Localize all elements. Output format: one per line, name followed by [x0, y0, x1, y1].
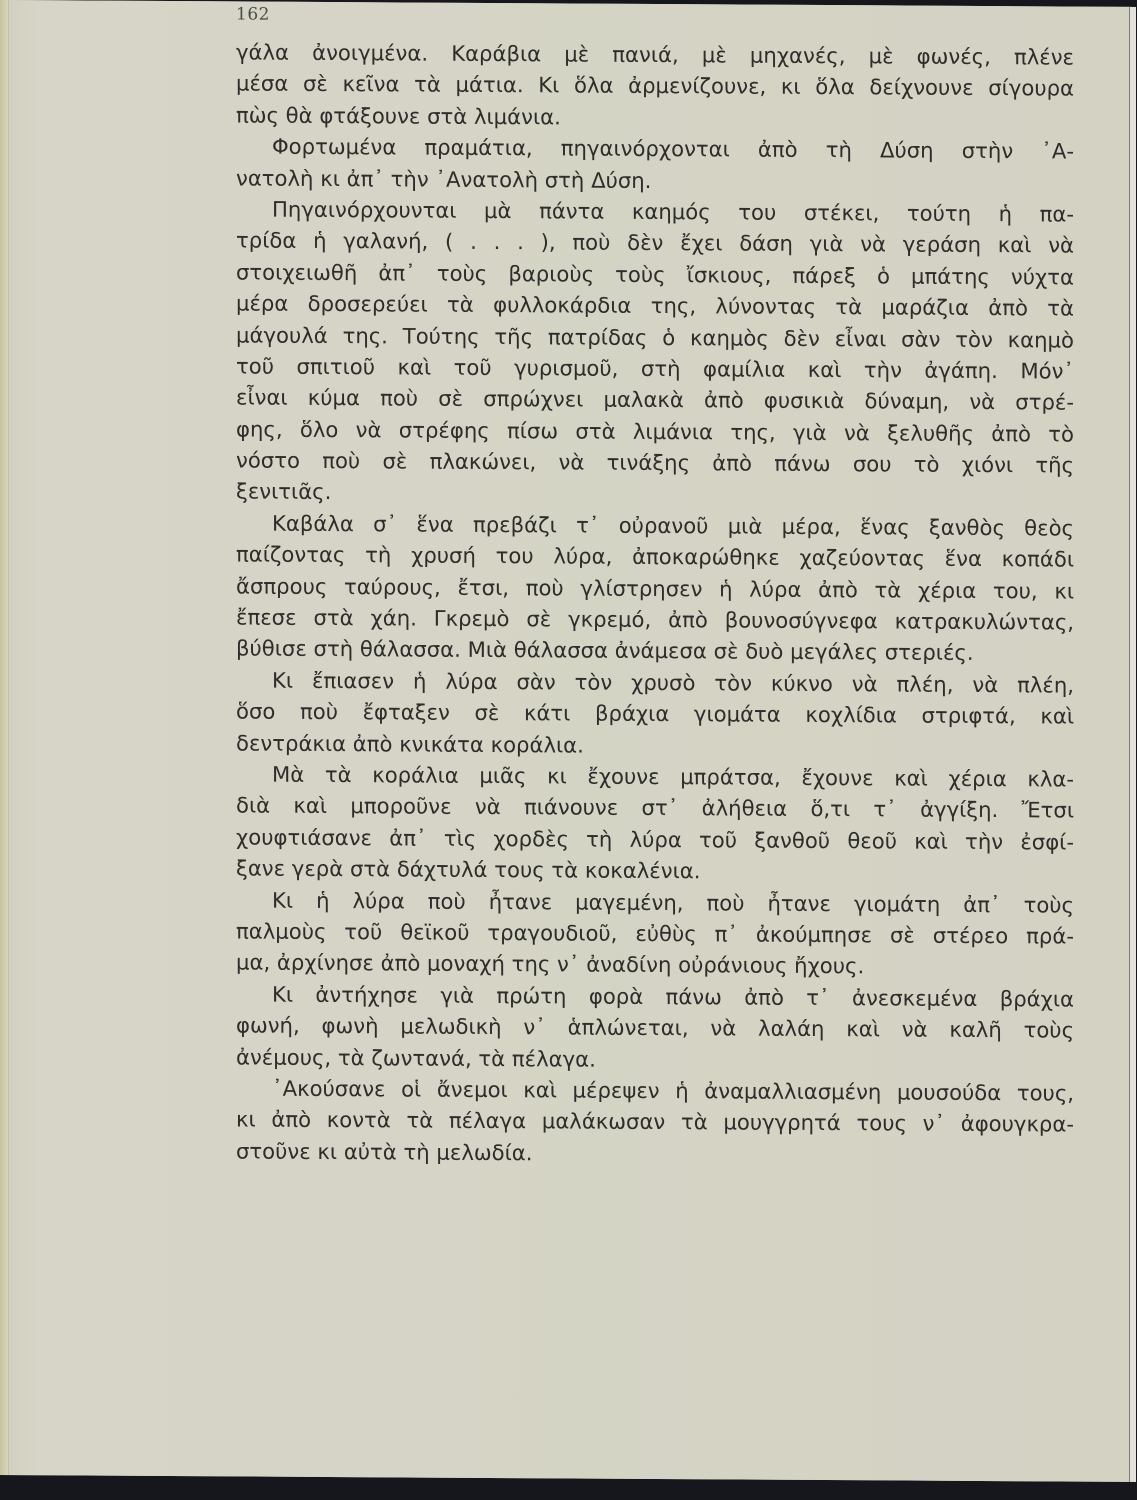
paragraph: Μὰ τὰ κοράλια μιᾶς κι ἔχουνε μπράτσα, ἔχ…	[236, 758, 1074, 889]
text-line: τοῦ σπιτιοῦ καὶ τοῦ γυρισμοῦ, στὴ φαμίλι…	[236, 350, 1074, 387]
text-line: Κι ἔπιασεν ἡ λύρα σὰν τὸν χρυσὸ τὸν κύκν…	[236, 664, 1074, 701]
text-line: Φορτωμένα πραμάτια, πηγαινόρχονται ἀπὸ τ…	[236, 131, 1074, 168]
text-line: νατολὴ κι ἀπ᾿ τὴν ᾿Ανατολὴ στὴ Δύση.	[236, 162, 1074, 199]
text-line: Πηγαινόρχουνται μὰ πάντα καημός του στέκ…	[236, 193, 1074, 230]
text-line: Κι ἀντήχησε γιὰ πρώτη φορὰ πάνω ἀπὸ τ᾿ ἀ…	[236, 978, 1074, 1015]
body-text: γάλα ἀνοιγμένα. Καράβια μὲ πανιά, μὲ μηχ…	[236, 36, 1074, 1171]
text-line: ξενιτιᾶς.	[236, 476, 1074, 513]
text-line: στοιχειωθῆ ἀπ᾿ τοὺς βαριοὺς τοὺς ἴσκιους…	[236, 256, 1074, 293]
text-line: παλμοὺς τοῦ θεϊκοῦ τραγουδιοῦ, εὐθὺς π᾿ …	[236, 915, 1074, 952]
text-line: διὰ καὶ μποροῦνε νὰ πιάνουνε στ᾿ ἀλήθεια…	[236, 790, 1074, 827]
book-page: 162 γάλα ἀνοιγμένα. Καράβια μὲ πανιά, μὲ…	[0, 0, 1130, 1482]
text-line: ἀνέμους, τὰ ζωντανά, τὰ πέλαγα.	[236, 1041, 1074, 1078]
text-line: μα, ἀρχίνησε ἀπὸ μοναχή της ν᾿ ἀναδίνη ο…	[236, 947, 1074, 984]
text-line: πὼς θὰ φτάξουνε στὰ λιμάνια.	[236, 99, 1074, 136]
text-line: παίζοντας τὴ χρυσή του λύρα, ἀποκαρώθηκε…	[236, 539, 1074, 576]
text-line: Μὰ τὰ κοράλια μιᾶς κι ἔχουνε μπράτσα, ἔχ…	[236, 758, 1074, 795]
text-line: φης, ὅλο νὰ στρέφης πίσω στὰ λιμάνια της…	[236, 413, 1074, 450]
text-line: ἄσπρους ταύρους, ἔτσι, ποὺ γλίστρησεν ἡ …	[236, 570, 1074, 607]
text-line: Κι ἡ λύρα ποὺ ἦτανε μαγεμένη, ποὺ ἦτανε …	[236, 884, 1074, 921]
text-line: ἔπεσε στὰ χάη. Γκρεμὸ σὲ γκρεμό, ἀπὸ βου…	[236, 601, 1074, 638]
paragraph: Καβάλα σ᾿ ἕνα πρεβάζι τ᾿ οὐρανοῦ μιὰ μέρ…	[236, 507, 1074, 669]
paragraph: Κι ἡ λύρα ποὺ ἦτανε μαγεμένη, ποὺ ἦτανε …	[236, 884, 1074, 983]
text-line: φωνή, φωνὴ μελωδικὴ ν᾿ ἁπλώνεται, νὰ λαλ…	[236, 1010, 1074, 1047]
text-line: Καβάλα σ᾿ ἕνα πρεβάζι τ᾿ οὐρανοῦ μιὰ μέρ…	[236, 507, 1074, 544]
paragraph: Φορτωμένα πραμάτια, πηγαινόρχονται ἀπὸ τ…	[236, 131, 1074, 199]
text-line: μάγουλά της. Τούτης τῆς πατρίδας ὁ καημὸ…	[236, 319, 1074, 356]
page-number: 162	[236, 4, 270, 24]
text-line: βύθισε στὴ θάλασσα. Μιὰ θάλασσα ἀνάμεσα …	[236, 633, 1074, 670]
text-line: ᾿Ακούσανε οἱ ἄνεμοι καὶ μέρεψεν ἡ ἀναμαλ…	[236, 1072, 1074, 1109]
page-right-edge	[1129, 7, 1136, 1482]
text-line: στοῦνε κι αὐτὰ τὴ μελωδία.	[236, 1135, 1074, 1172]
text-line: δεντράκια ἀπὸ κνικάτα κοράλια.	[236, 727, 1074, 764]
text-line: γάλα ἀνοιγμένα. Καράβια μὲ πανιά, μὲ μηχ…	[236, 36, 1074, 73]
text-line: ξανε γερὰ στὰ δάχτυλά τους τὰ κοκαλένια.	[236, 853, 1074, 890]
page-binding-edge	[0, 0, 9, 1475]
paragraph: Πηγαινόρχουνται μὰ πάντα καημός του στέκ…	[236, 193, 1074, 512]
paragraph: Κι ἀντήχησε γιὰ πρώτη φορὰ πάνω ἀπὸ τ᾿ ἀ…	[236, 978, 1074, 1077]
text-line: ὅσο ποὺ ἔφταξεν σὲ κάτι βράχια γιομάτα κ…	[236, 696, 1074, 733]
text-line: χουφτιάσανε ἀπ᾿ τὶς χορδὲς τὴ λύρα τοῦ ξ…	[236, 821, 1074, 858]
text-line: μέρα δροσερεύει τὰ φυλλοκάρδια της, λύνο…	[236, 288, 1074, 325]
paragraph: ᾿Ακούσανε οἱ ἄνεμοι καὶ μέρεψεν ἡ ἀναμαλ…	[236, 1072, 1074, 1171]
text-line: τρίδα ἡ γαλανή, ( . . . ), ποὺ δὲν ἔχει …	[236, 225, 1074, 262]
text-line: νόστο ποὺ σὲ πλακώνει, νὰ τινάξης ἀπὸ πά…	[236, 445, 1074, 482]
paragraph: Κι ἔπιασεν ἡ λύρα σὰν τὸν χρυσὸ τὸν κύκν…	[236, 664, 1074, 763]
text-line: μέσα σὲ κεῖνα τὰ μάτια. Κι ὅλα ἀρμενίζου…	[236, 68, 1074, 105]
text-line: εἶναι κύμα ποὺ σὲ σπρώχνει μαλακὰ ἀπὸ φυ…	[236, 382, 1074, 419]
text-line: κι ἀπὸ κοντὰ τὰ πέλαγα μαλάκωσαν τὰ μουγ…	[236, 1104, 1074, 1141]
paragraph: γάλα ἀνοιγμένα. Καράβια μὲ πανιά, μὲ μηχ…	[236, 36, 1074, 135]
